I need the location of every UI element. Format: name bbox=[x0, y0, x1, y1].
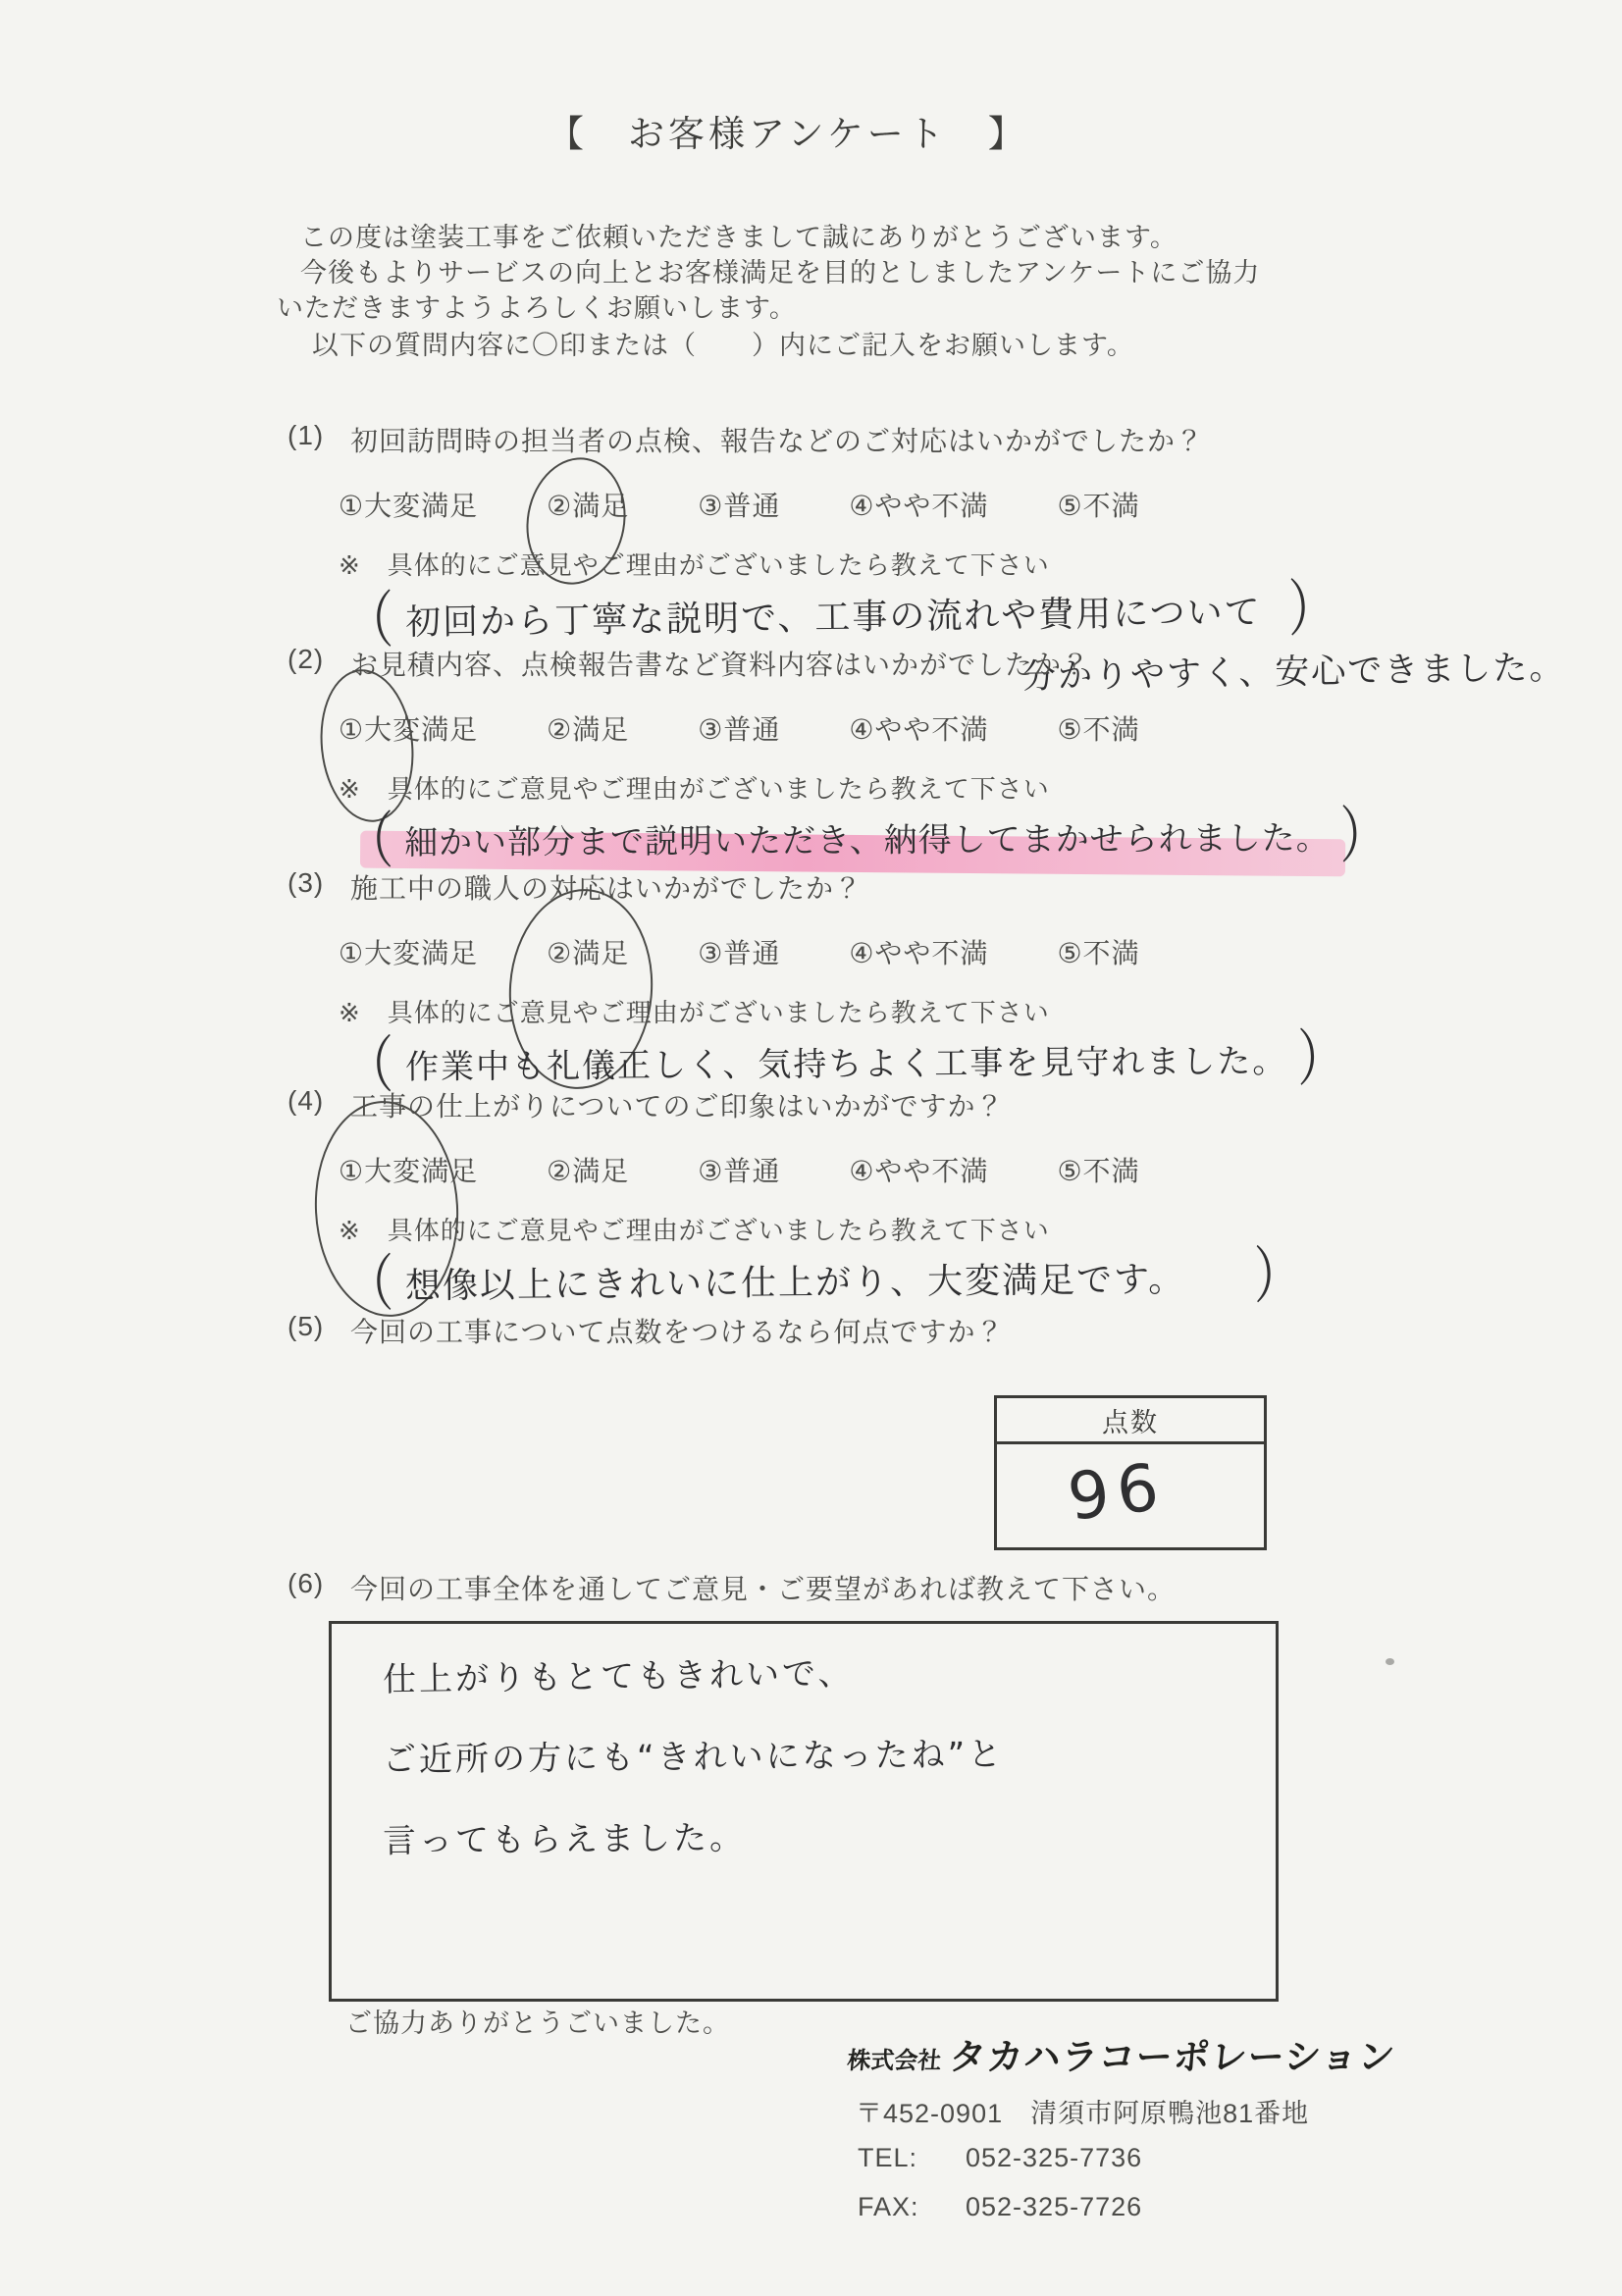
option-satisfied: ②満足 bbox=[547, 1150, 629, 1189]
question-2-options: ①大変満足 ②満足 ③普通 ④やや不満 ⑤不満 bbox=[288, 708, 1494, 748]
tel-label: TEL: bbox=[858, 2143, 966, 2173]
comment-prompt: ※ 具体的にご意見やご理由がございましたら教えて下さい bbox=[288, 1211, 1494, 1247]
close-paren: ） bbox=[1339, 803, 1387, 870]
company-logo: 株式会社 タカハラコーポレーション bbox=[846, 2027, 1398, 2080]
question-3-options: ①大変満足 ②満足 ③普通 ④やや不満 ⑤不満 bbox=[288, 932, 1494, 971]
question-3: (3) 施工中の職人の対応はいかがでしたか？ ①大変満足 ②満足 ③普通 ④やや… bbox=[288, 867, 1494, 1089]
handwritten-answer: （ 細かい部分まで説明いただき、納得してまかせられました。 ） bbox=[346, 810, 1347, 867]
question-text: 今回の工事について点数をつけるなら何点ですか？ bbox=[350, 1311, 1004, 1350]
handwritten-comment-line: 言ってもらえました。 bbox=[383, 1810, 746, 1862]
company-name: タカハラコーポレーション bbox=[948, 2027, 1398, 2080]
answer-text: 想像以上にきれいに仕上がり、大変満足です。 bbox=[395, 1251, 1254, 1309]
score-box: 点数 96 bbox=[994, 1395, 1267, 1550]
option-satisfied: ②満足 bbox=[547, 708, 629, 748]
question-4-options: ①大変満足 ②満足 ③普通 ④やや不満 ⑤不満 bbox=[288, 1150, 1494, 1189]
question-4: (4) 工事の仕上がりについてのご印象はいかがですか？ ①大変満足 ②満足 ③普… bbox=[288, 1085, 1494, 1307]
open-paren: （ bbox=[346, 808, 394, 875]
option-dissatisfied: ⑤不満 bbox=[1057, 1150, 1139, 1189]
open-paren: （ bbox=[346, 1251, 396, 1319]
option-very-satisfied: ①大変満足 bbox=[339, 932, 478, 971]
intro-line: 以下の質問内容に〇印または（ ）内にご記入をお願いします。 bbox=[312, 324, 1134, 362]
question-4-heading: (4) 工事の仕上がりについてのご印象はいかがですか？ bbox=[288, 1085, 1494, 1124]
score-box-label: 点数 bbox=[997, 1398, 1264, 1444]
option-somewhat-dissatisfied: ④やや不満 bbox=[849, 485, 988, 524]
question-1-heading: (1) 初回訪問時の担当者の点検、報告などのご対応はいかがでしたか？ bbox=[288, 420, 1494, 459]
company-prefix: 株式会社 bbox=[846, 2041, 943, 2080]
question-6-heading: (6) 今回の工事全体を通してご意見・ご要望があれば教えて下さい。 bbox=[288, 1568, 1494, 1607]
answer-text: 作業中も礼儀正しく、気持ちよく工事を見守れました。 bbox=[395, 1034, 1298, 1088]
option-very-satisfied: ①大変満足 bbox=[339, 485, 478, 524]
survey-page: 【 お客様アンケート 】 この度は塗装工事をご依頼いただきまして誠にありがとうご… bbox=[0, 0, 1622, 2296]
intro-line: この度は塗装工事をご依頼いただきまして誠にありがとうございます。 bbox=[300, 216, 1177, 254]
handwritten-answer: （ 作業中も礼儀正しく、気持ちよく工事を見守れました。 ） bbox=[346, 1034, 1303, 1093]
answer-text: 細かい部分まで説明いただき、納得してまかせられました。 bbox=[394, 810, 1340, 863]
question-text: お見積内容、点検報告書など資料内容はいかがでしたか？ bbox=[350, 644, 1090, 683]
option-somewhat-dissatisfied: ④やや不満 bbox=[849, 1150, 988, 1189]
question-number: (4) bbox=[288, 1085, 335, 1124]
option-neutral: ③普通 bbox=[698, 1150, 780, 1189]
close-paren: ） bbox=[1297, 1025, 1346, 1093]
question-5-heading: (5) 今回の工事について点数をつけるなら何点ですか？ bbox=[288, 1311, 1494, 1350]
question-text: 初回訪問時の担当者の点検、報告などのご対応はいかがでしたか？ bbox=[350, 420, 1204, 459]
thanks-message: ご協力ありがとうごいました。 bbox=[345, 2002, 730, 2040]
company-tel: TEL: 052-325-7736 bbox=[858, 2143, 1142, 2173]
question-1-options: ①大変満足 ②満足 ③普通 ④やや不満 ⑤不満 bbox=[288, 485, 1494, 524]
option-dissatisfied: ⑤不満 bbox=[1057, 932, 1139, 971]
fax-label: FAX: bbox=[858, 2192, 966, 2222]
comment-box: 仕上がりもとてもきれいで、 ご近所の方にも“きれいになったね”と 言ってもらえま… bbox=[329, 1621, 1279, 2002]
handwritten-score: 96 bbox=[1064, 1436, 1268, 1536]
option-neutral: ③普通 bbox=[698, 708, 780, 748]
close-paren: ） bbox=[1288, 576, 1338, 644]
question-number: (5) bbox=[288, 1311, 335, 1350]
question-number: (1) bbox=[288, 420, 335, 459]
question-number: (3) bbox=[288, 867, 335, 907]
tel-number: 052-325-7736 bbox=[966, 2143, 1142, 2173]
page-title: 【 お客様アンケート 】 bbox=[548, 104, 1028, 157]
scan-speck bbox=[1386, 1658, 1394, 1665]
company-fax: FAX: 052-325-7726 bbox=[858, 2192, 1142, 2222]
question-2: (2) お見積内容、点検報告書など資料内容はいかがでしたか？ ①大変満足 ②満足… bbox=[288, 644, 1494, 865]
intro-line: 今後もよりサービスの向上とお客様満足を目的としましたアンケートにご協力 bbox=[300, 251, 1260, 289]
option-somewhat-dissatisfied: ④やや不満 bbox=[849, 932, 988, 971]
option-somewhat-dissatisfied: ④やや不満 bbox=[849, 708, 988, 748]
option-dissatisfied: ⑤不満 bbox=[1057, 485, 1139, 524]
question-3-heading: (3) 施工中の職人の対応はいかがでしたか？ bbox=[288, 867, 1494, 907]
comment-prompt: ※ 具体的にご意見やご理由がございましたら教えて下さい bbox=[288, 769, 1494, 806]
question-2-heading: (2) お見積内容、点検報告書など資料内容はいかがでしたか？ bbox=[288, 644, 1494, 683]
question-text: 工事の仕上がりについてのご印象はいかがですか？ bbox=[350, 1085, 1004, 1124]
question-6: (6) 今回の工事全体を通してご意見・ご要望があれば教えて下さい。 仕上がりもと… bbox=[288, 1568, 1494, 2002]
company-address: 〒452-0901 清須市阿原鴨池81番地 bbox=[856, 2092, 1309, 2130]
option-neutral: ③普通 bbox=[698, 932, 780, 971]
handwritten-answer: （ 初回から丁寧な説明で、工事の流れや費用について ） bbox=[346, 584, 1338, 648]
answer-text: 初回から丁寧な説明で、工事の流れや費用について bbox=[395, 584, 1289, 645]
handwritten-answer: （ 想像以上にきれいに仕上がり、大変満足です。 ） bbox=[346, 1251, 1303, 1311]
fax-number: 052-325-7726 bbox=[966, 2192, 1142, 2222]
question-number: (6) bbox=[288, 1568, 335, 1607]
question-number: (2) bbox=[288, 644, 335, 683]
question-5: (5) 今回の工事について点数をつけるなら何点ですか？ bbox=[288, 1311, 1494, 1350]
intro-line: いただきますようよろしくお願いします。 bbox=[277, 287, 797, 325]
option-dissatisfied: ⑤不満 bbox=[1057, 708, 1139, 748]
handwritten-comment-line: 仕上がりもとてもきれいで、 bbox=[383, 1646, 855, 1701]
close-paren: ） bbox=[1254, 1243, 1304, 1311]
handwritten-comment-line: ご近所の方にも“きれいになったね”と bbox=[383, 1727, 1005, 1781]
option-neutral: ③普通 bbox=[698, 485, 780, 524]
question-text: 今回の工事全体を通してご意見・ご要望があれば教えて下さい。 bbox=[350, 1568, 1176, 1607]
